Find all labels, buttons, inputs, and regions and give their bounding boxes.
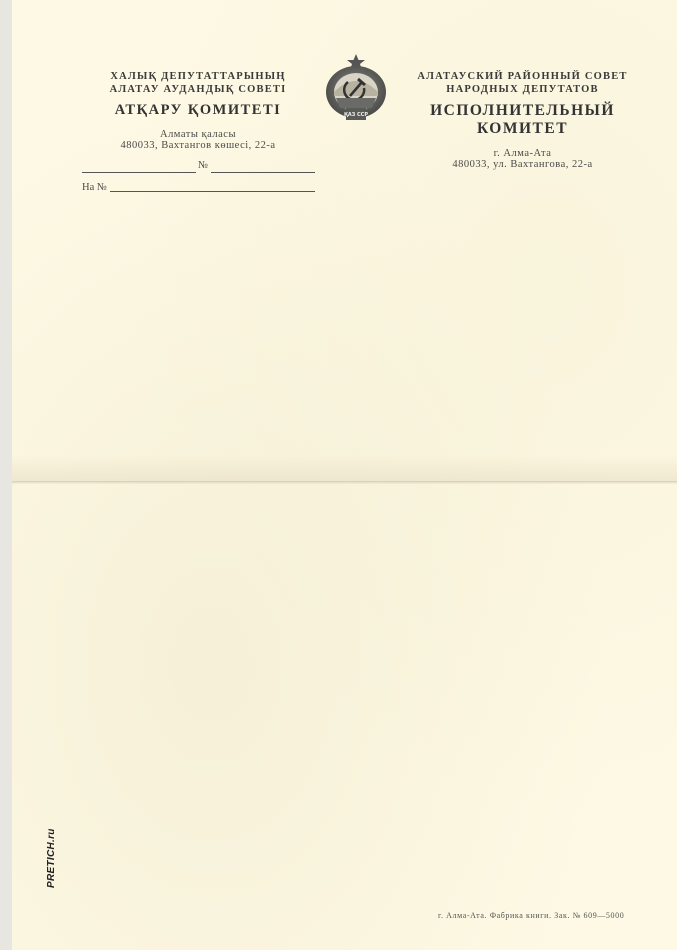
header-russian-title: ИСПОЛНИТЕЛЬНЫЙ КОМИТЕТ bbox=[390, 102, 655, 138]
header-russian-line2: НАРОДНЫХ ДЕПУТАТОВ bbox=[390, 83, 655, 96]
print-info: г. Алма-Ата. Фабрика книги. Зак. № 609—5… bbox=[438, 911, 624, 920]
header-kazakh-line1: ХАЛЫҚ ДЕПУТАТТАРЫНЫҢ bbox=[80, 70, 316, 83]
fold-shadow bbox=[12, 455, 677, 482]
header-kazakh-title: АТҚАРУ ҚОМИТЕТІ bbox=[80, 102, 316, 119]
header-kazakh-city: Алматы қаласы bbox=[80, 129, 316, 140]
header-kazakh: ХАЛЫҚ ДЕПУТАТТАРЫНЫҢ АЛАТАУ АУДАНДЫҚ СОВ… bbox=[80, 70, 316, 151]
header-russian-address: 480033, ул. Вахтангова, 22-а bbox=[390, 159, 655, 170]
number-label: № bbox=[198, 160, 208, 171]
reply-to-label: На № bbox=[82, 182, 107, 193]
paper-fold-line bbox=[12, 481, 677, 484]
number-field-line[interactable] bbox=[211, 172, 315, 173]
svg-text:ҚАЗ ССР: ҚАЗ ССР bbox=[344, 112, 368, 118]
header-kazakh-address: 480033, Вахтангов көшесі, 22-а bbox=[80, 140, 316, 151]
reply-to-field-line[interactable] bbox=[110, 191, 315, 192]
header-russian-city: г. Алма-Ата bbox=[390, 148, 655, 159]
header-kazakh-line2: АЛАТАУ АУДАНДЫҚ СОВЕТІ bbox=[80, 83, 316, 96]
header-russian: АЛАТАУСКИЙ РАЙОННЫЙ СОВЕТ НАРОДНЫХ ДЕПУТ… bbox=[390, 70, 655, 170]
site-watermark: PRETICH.ru bbox=[46, 828, 57, 888]
date-field-line[interactable] bbox=[82, 172, 196, 173]
kazakh-ssr-coat-of-arms-icon: ҚАЗ ССР bbox=[322, 52, 390, 124]
header-russian-line1: АЛАТАУСКИЙ РАЙОННЫЙ СОВЕТ bbox=[390, 70, 655, 83]
